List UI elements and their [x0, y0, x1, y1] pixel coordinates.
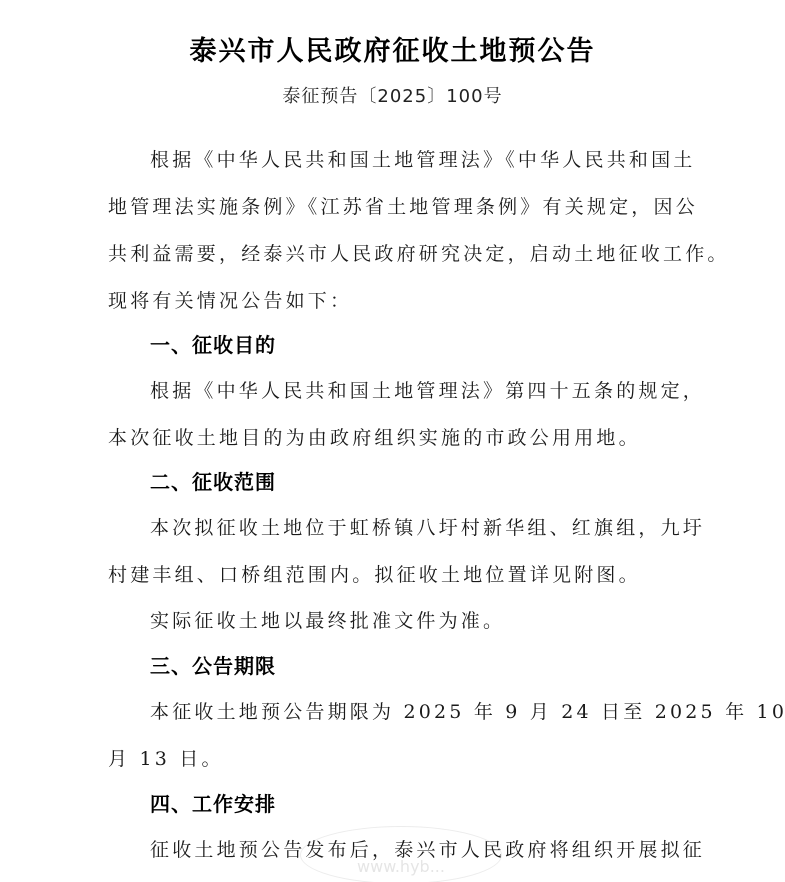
intro-line-2: 地管理法实施条例》《江苏省土地管理条例》有关规定，因公: [108, 192, 678, 222]
section-heading-arrangement: 四、工作安排: [150, 789, 276, 819]
section-3-line-1: 本征收土地预公告期限为 2025 年 9 月 24 日至 2025 年 10: [150, 697, 678, 727]
section-1-line-2: 本次征收土地目的为由政府组织实施的市政公用用地。: [108, 423, 678, 453]
document-number: 泰征预告〔2025〕100号: [0, 82, 785, 112]
section-2-line-3: 实际征收土地以最终批准文件为准。: [150, 606, 720, 636]
section-heading-scope: 二、征收范围: [150, 467, 276, 497]
document-title: 泰兴市人民政府征收土地预公告: [0, 30, 785, 74]
section-heading-period: 三、公告期限: [150, 651, 276, 681]
intro-line-4: 现将有关情况公告如下：: [108, 286, 678, 316]
section-2-line-2: 村建丰组、口桥组范围内。拟征收土地位置详见附图。: [108, 560, 678, 590]
section-3-line-2: 月 13 日。: [108, 744, 678, 774]
section-4-line-1: 征收土地预公告发布后，泰兴市人民政府将组织开展拟征: [150, 835, 678, 865]
section-heading-purpose: 一、征收目的: [150, 330, 276, 360]
section-2-line-1: 本次拟征收土地位于虹桥镇八圩村新华组、红旗组，九圩: [150, 513, 678, 543]
document-page: 泰兴市人民政府征收土地预公告 泰征预告〔2025〕100号 根据《中华人民共和国…: [0, 0, 785, 882]
intro-line-1: 根据《中华人民共和国土地管理法》《中华人民共和国土: [150, 145, 678, 175]
intro-line-3: 共利益需要，经泰兴市人民政府研究决定，启动土地征收工作。: [108, 239, 678, 269]
section-1-line-1: 根据《中华人民共和国土地管理法》第四十五条的规定，: [150, 376, 678, 406]
